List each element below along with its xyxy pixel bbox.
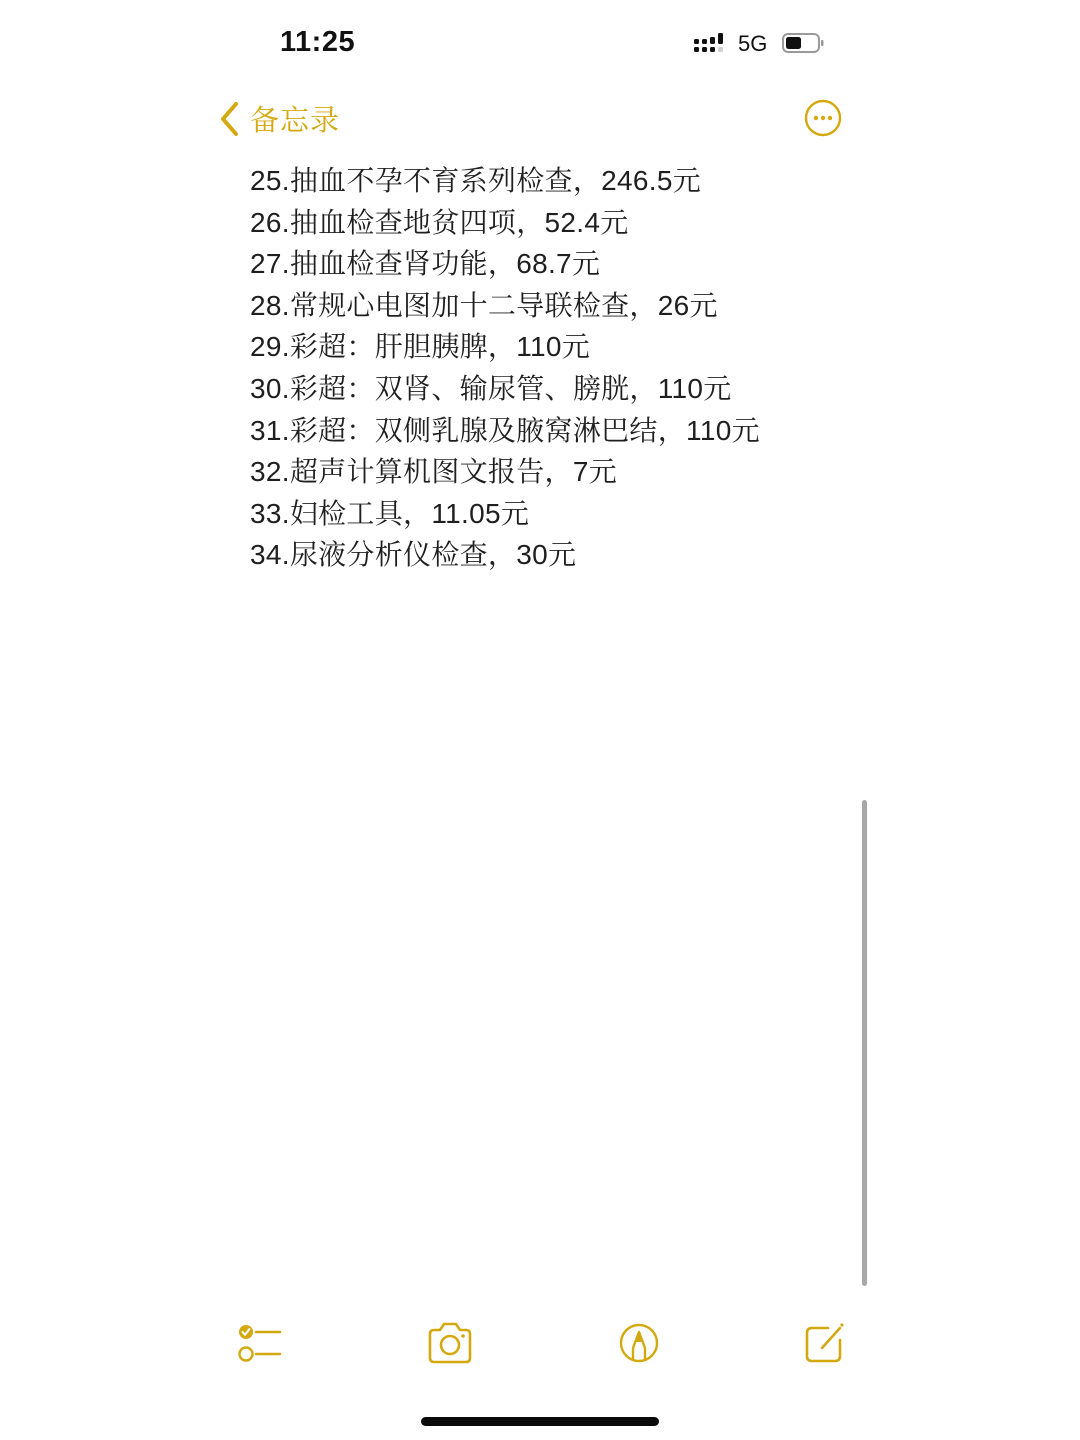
note-line[interactable]: 27.抽血检查肾功能，68.7元 (250, 243, 850, 285)
home-indicator[interactable] (421, 1417, 659, 1426)
note-line[interactable]: 34.尿液分析仪检查，30元 (250, 534, 850, 576)
chevron-left-icon (218, 101, 240, 137)
scrollbar[interactable] (862, 800, 867, 1286)
status-time: 11:25 (280, 26, 355, 59)
compose-button[interactable] (800, 1318, 850, 1368)
back-button[interactable]: 备忘录 (218, 98, 340, 139)
bottom-toolbar (0, 1318, 1080, 1378)
nav-bar: 备忘录 (0, 92, 1080, 144)
compose-icon (807, 1323, 844, 1361)
network-type: 5G (738, 31, 767, 57)
signal-bars-icon (694, 33, 730, 55)
note-line[interactable]: 28.常规心电图加十二导联检查，26元 (250, 285, 850, 327)
note-line[interactable]: 30.彩超：双肾、输尿管、膀胱，110元 (250, 368, 850, 410)
checklist-icon (239, 1325, 280, 1361)
pen-circle-icon (621, 1325, 657, 1361)
status-bar: 11:25 5G (0, 0, 1080, 88)
note-line[interactable]: 25.抽血不孕不育系列检查，246.5元 (250, 160, 850, 202)
battery-icon (782, 33, 824, 53)
markup-button[interactable] (614, 1318, 664, 1368)
note-line[interactable]: 31.彩超：双侧乳腺及腋窝淋巴结，110元 (250, 410, 850, 452)
ellipsis-circle-icon (806, 101, 840, 135)
checklist-button[interactable] (236, 1318, 286, 1368)
note-line[interactable]: 33.妇检工具，11.05元 (250, 493, 850, 535)
back-label: 备忘录 (250, 98, 340, 139)
camera-icon (430, 1324, 470, 1362)
note-body[interactable]: 25.抽血不孕不育系列检查，246.5元 26.抽血检查地贫四项，52.4元 2… (250, 160, 850, 576)
note-line[interactable]: 26.抽血检查地贫四项，52.4元 (250, 202, 850, 244)
more-options-button[interactable] (804, 99, 842, 137)
note-line[interactable]: 29.彩超：肝胆胰脾，110元 (250, 326, 850, 368)
note-line[interactable]: 32.超声计算机图文报告，7元 (250, 451, 850, 493)
camera-button[interactable] (425, 1318, 475, 1368)
